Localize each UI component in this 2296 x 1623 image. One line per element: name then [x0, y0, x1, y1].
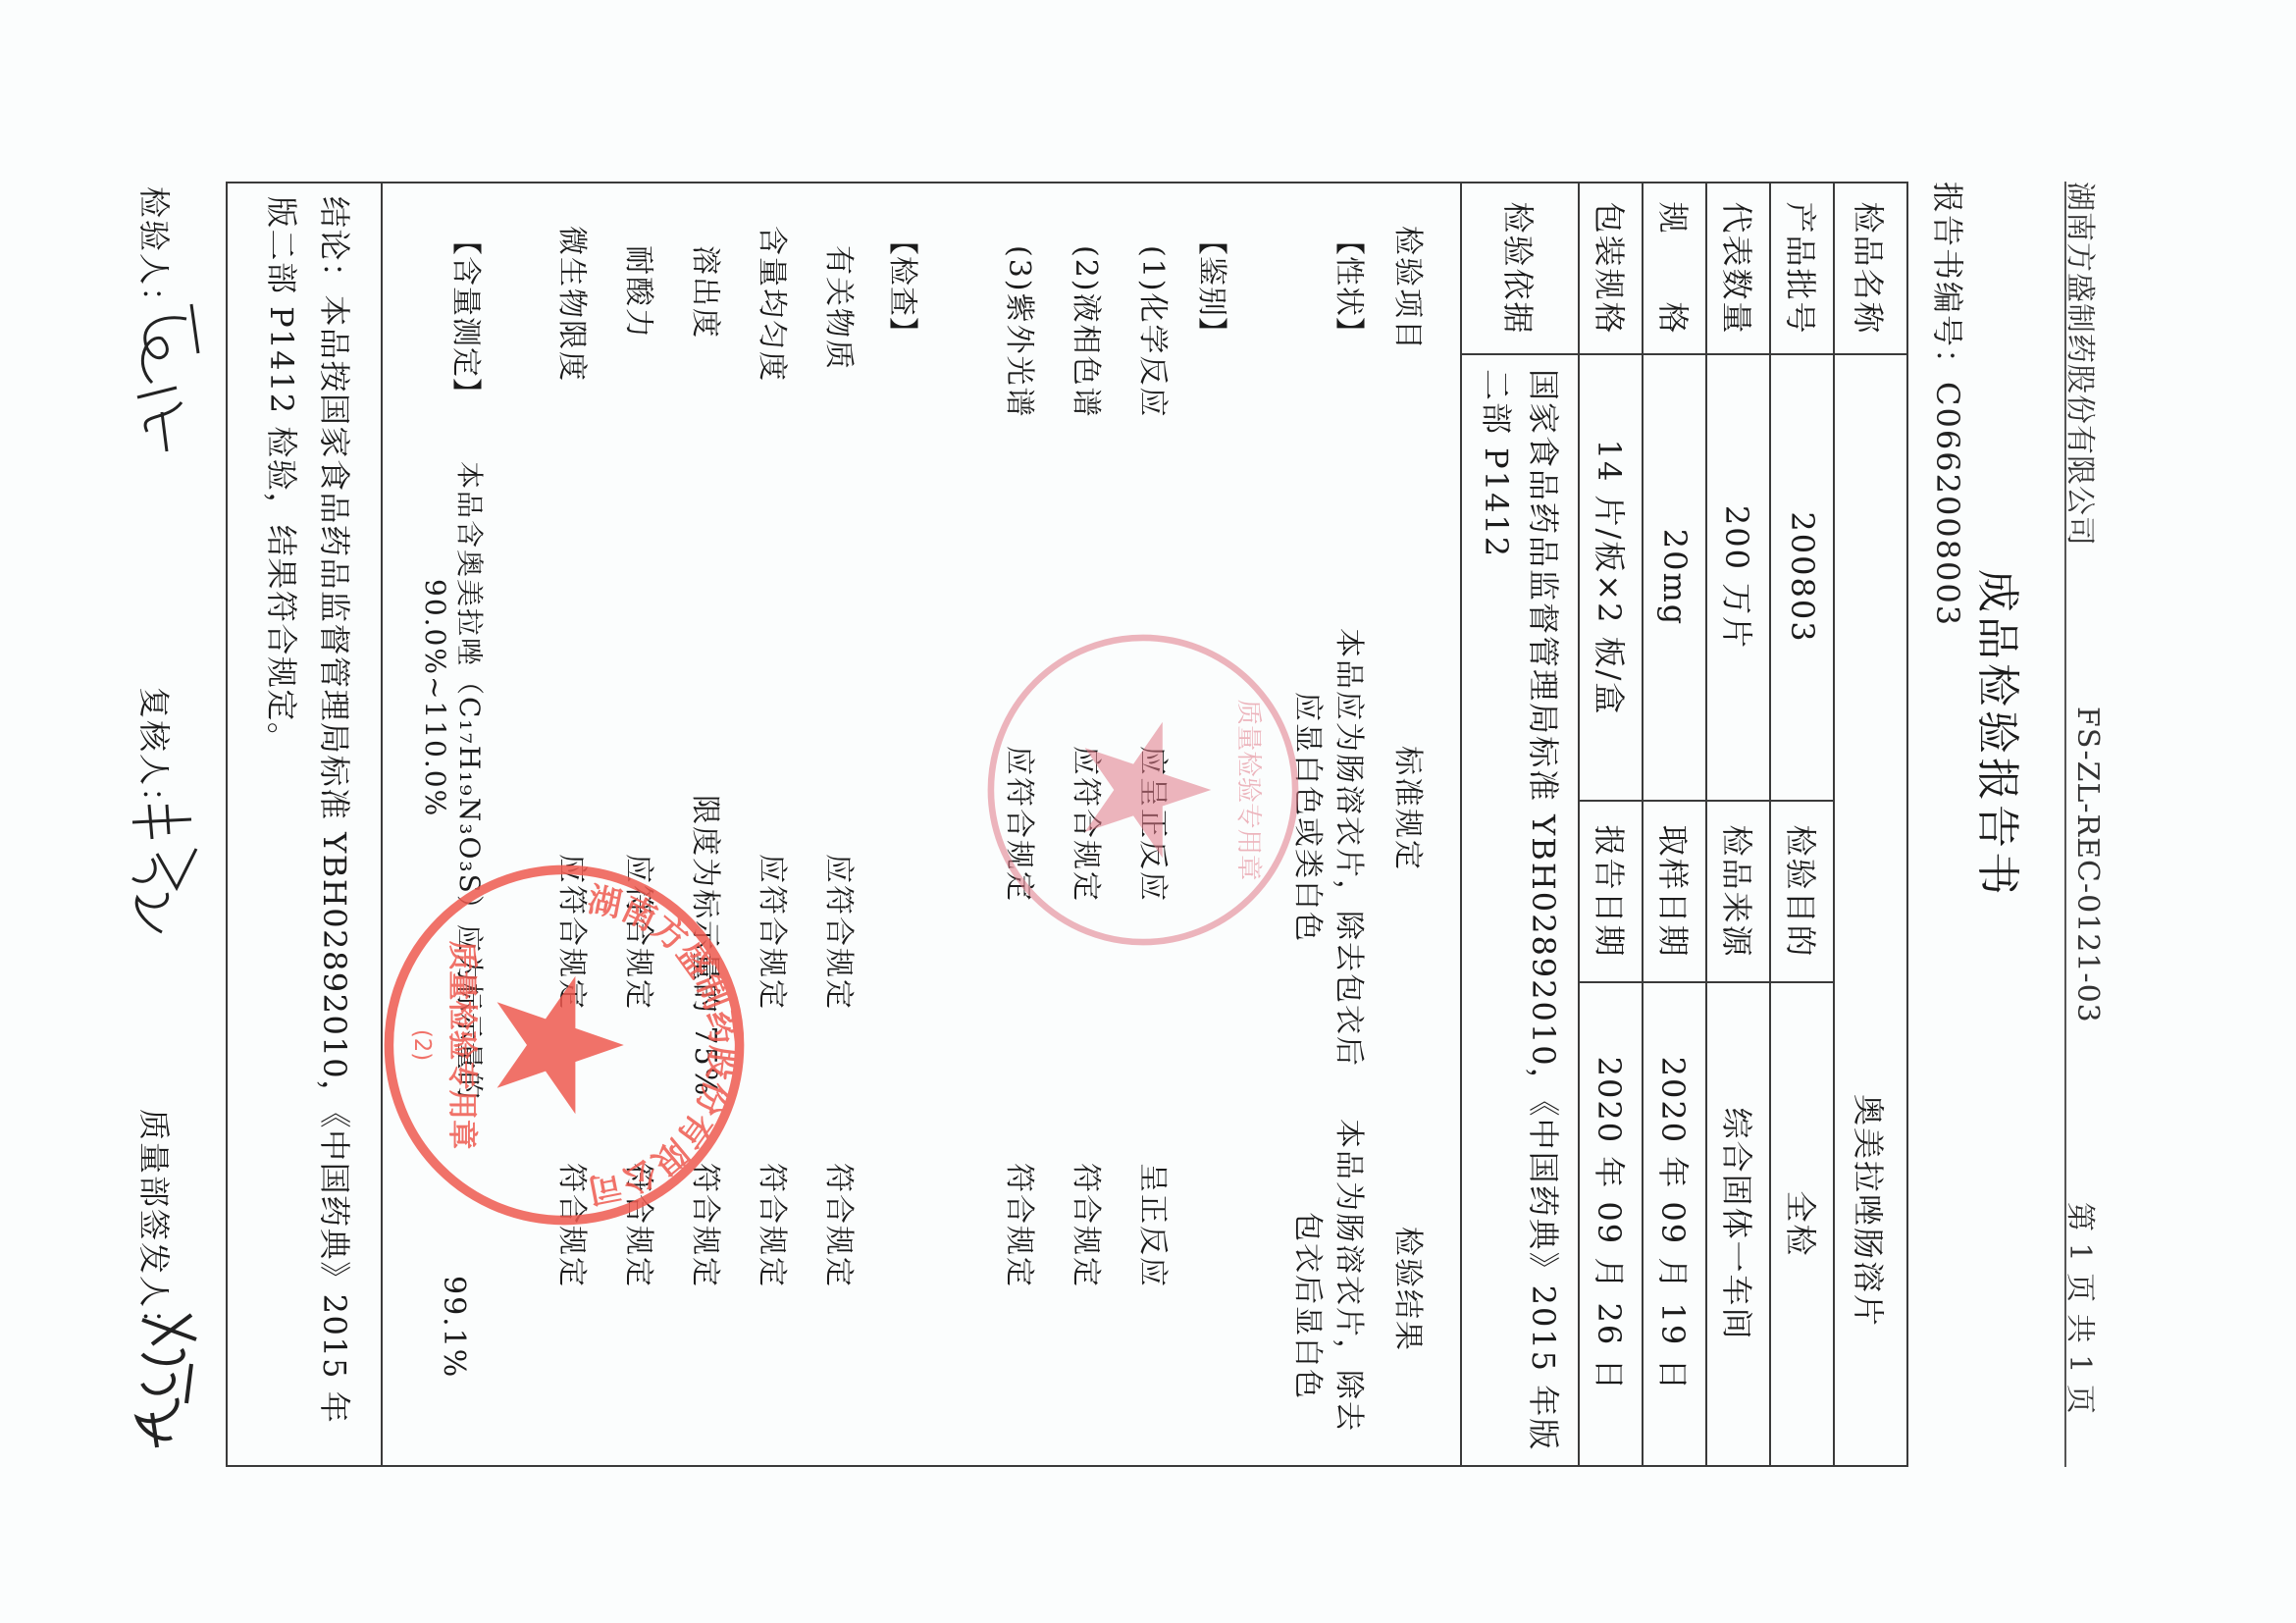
label-specification: 规 格: [1644, 183, 1706, 353]
header-item: 检验项目: [1389, 226, 1433, 351]
insp-1-standard: 应符合规定: [820, 854, 863, 1011]
value-basis: 国家食品药品监督管理局标准 YBH02892010，《中国药典》2015 年版二…: [1462, 355, 1579, 1465]
faded-seal-stamp: 质量检验专用章: [981, 628, 1305, 952]
value-packaging: 14 片/板×2 板/盒: [1580, 355, 1643, 800]
ident-3-name: (3)紫外光谱: [1001, 245, 1044, 419]
label-purpose: 检验目的: [1771, 802, 1834, 981]
appearance-standard-1: 本品应为肠溶衣片，除去包衣后: [1331, 628, 1374, 1068]
label-sampling-date: 取样日期: [1644, 802, 1706, 981]
label-basis: 检验依据: [1462, 183, 1579, 353]
section-appearance: 【性状】: [1331, 226, 1374, 347]
section-identification: 【鉴别】: [1193, 226, 1236, 347]
insp-3-name: 溶出度: [687, 245, 730, 340]
ident-1-result: 呈正反应: [1134, 1163, 1177, 1288]
section-assay: 【含量测定】: [447, 226, 491, 408]
inspection-report-page: 湖南方盛制药股份有限公司 FS-ZL-REC-0121-03 第 1 页 共 1…: [0, 0, 2296, 1623]
value-batch-no: 200803: [1771, 355, 1834, 800]
page-info: 第 1 页 共 1 页: [2061, 1202, 2105, 1415]
insp-2-standard: 应符合规定: [754, 854, 797, 1011]
company-name: 湖南方盛制药股份有限公司: [2061, 182, 2105, 547]
value-quantity: 200 万片: [1707, 355, 1770, 800]
label-quantity: 代表数量: [1707, 183, 1770, 353]
insp-5-name: 微生物限度: [553, 226, 597, 383]
appearance-result-1: 本品为肠溶衣片，除去: [1331, 1119, 1374, 1433]
table-border-top: [1906, 182, 1908, 1467]
label-packaging: 包装规格: [1580, 183, 1643, 353]
value-product-name: 奥美拉唑肠溶片: [1835, 355, 1906, 1465]
table-border-right: [226, 1465, 1908, 1467]
value-purpose: 全检: [1771, 983, 1834, 1465]
ident-2-name: (2)液相色谱: [1068, 245, 1111, 419]
value-report-date: 2020 年 09 月 26 日: [1580, 983, 1643, 1465]
value-sampling-date: 2020 年 09 月 19 日: [1644, 983, 1706, 1465]
scanned-document: 湖南方盛制药股份有限公司 FS-ZL-REC-0121-03 第 1 页 共 1…: [0, 0, 2296, 1623]
header-result: 检验结果: [1389, 1227, 1433, 1352]
table-border-bottom: [226, 182, 228, 1467]
ident-2-result: 符合规定: [1068, 1163, 1111, 1288]
report-number-value: C0662008003: [1929, 382, 1966, 627]
label-batch-no: 产品批号: [1771, 183, 1834, 353]
form-code: FS-ZL-REC-0121-03: [2070, 707, 2105, 1023]
value-source: 综合固体一车间: [1707, 983, 1770, 1465]
svg-text:质量检验专用章: 质量检验专用章: [1233, 700, 1264, 881]
insp-2-result: 符合规定: [754, 1163, 797, 1288]
insp-2-name: 含量均匀度: [754, 226, 797, 383]
header-standard: 标准规定: [1389, 746, 1433, 871]
inspector-signature: [118, 294, 206, 461]
appearance-result-2: 包衣后显白色: [1289, 1212, 1332, 1400]
svg-text:质量检验专用章: 质量检验专用章: [444, 941, 480, 1150]
section-inspection: 【检查】: [884, 226, 927, 347]
report-title: 成品检验报告书: [1970, 569, 2033, 899]
label-product-name: 检品名称: [1835, 183, 1906, 353]
report-number: 报告书编号：C0662008003: [1927, 182, 1972, 627]
insp-1-result: 符合规定: [820, 1163, 863, 1288]
conclusion-text: 结论：本品按国家食品药品监督管理局标准 YBH02892010，《中国药典》20…: [255, 196, 361, 1452]
value-specification: 20mg: [1644, 355, 1706, 800]
label-source: 检品来源: [1707, 802, 1770, 981]
insp-4-name: 耐酸力: [620, 245, 663, 340]
reviewer-signature: [118, 795, 206, 942]
company-seal-stamp: 湖南方盛制药股份有限公司 质量检验专用章 (2): [378, 859, 751, 1231]
report-number-label: 报告书编号：: [1929, 182, 1966, 382]
svg-text:(2): (2): [409, 1029, 435, 1061]
insp-1-name: 有关物质: [820, 245, 863, 371]
assay-standard-2: 90.0%~110.0%: [419, 579, 451, 817]
header-rule: [2064, 182, 2066, 1467]
qa-signature: [118, 1305, 211, 1452]
label-report-date: 报告日期: [1580, 802, 1643, 981]
assay-result: 99.1%: [437, 1276, 471, 1379]
conclusion-divider: [381, 182, 383, 1467]
ident-1-name: (1)化学反应: [1134, 245, 1177, 419]
ident-3-result: 符合规定: [1001, 1163, 1044, 1288]
